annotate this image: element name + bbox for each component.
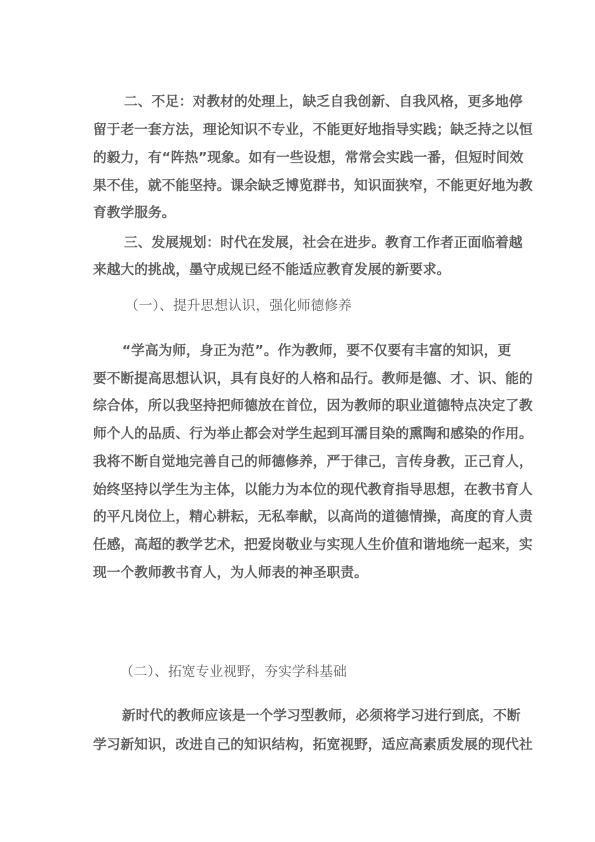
text-line: 任感，高超的教学艺术，把爱岗敬业与实现人生价值和谐地统一起来，实 [93,536,507,554]
text-line: 我将不断自觉地完善自己的师德修养，严于律己，言传身教，正己育人， [93,453,507,471]
text-line: 学习新知识，改进自己的知识结构，拓宽视野，适应高素质发展的现代社 [93,736,507,754]
text-line: 始终坚持以学生为主体，以能力为本位的现代教育指导思想，在教书育人 [93,481,507,499]
text-line: 育教学服务。 [93,204,507,222]
document-page: 二、不足：对教材的处理上，缺乏自我创新、自我风格，更多地停 留于老一套方法，理论… [0,0,595,842]
section-heading-one: （一）、提升思想认识，强化师德修养 [125,297,425,315]
text-line: “学高为师，身正为范”。作为教师，要不仅要有丰富的知识，更 [122,342,507,360]
text-line: 二、不足：对教材的处理上，缺乏自我创新、自我风格，更多地停 [124,93,507,111]
text-line: 要不断提高思想认识，具有良好的人格和品行。教师是德、才、识、能的 [93,370,507,388]
text-line: 的平凡岗位上，精心耕耘，无私奉献，以高尚的道德情操，高度的育人责 [93,508,507,526]
text-line: 现一个教师教书育人，为人师表的神圣职责。 [93,564,507,582]
section-heading-two: （二）、拓宽专业视野，夯实学科基础 [120,663,420,681]
text-line: 果不佳，就不能坚持。课余缺乏博览群书，知识面狭窄，不能更好地为教 [93,177,507,195]
text-line: 综合体，所以我坚持把师德放在首位，因为教师的职业道德特点决定了教 [93,397,507,415]
text-line: 师个人的品质、行为举止都会对学生起到耳濡目染的熏陶和感染的作用。 [93,425,507,443]
text-line: 新时代的教师应该是一个学习型教师，必须将学习进行到底，不断 [122,707,507,725]
text-line: 来越大的挑战，墨守成规已经不能适应教育发展的新要求。 [93,261,507,279]
text-line: 三、发展规划：时代在发展，社会在进步。教育工作者正面临着越 [124,234,507,252]
text-line: 的毅力，有“阵热”现象。如有一些设想，常常会实践一番，但短时间效 [93,149,507,167]
text-line: 留于老一套方法，理论知识不专业，不能更好地指导实践；缺乏持之以恒 [93,121,507,139]
